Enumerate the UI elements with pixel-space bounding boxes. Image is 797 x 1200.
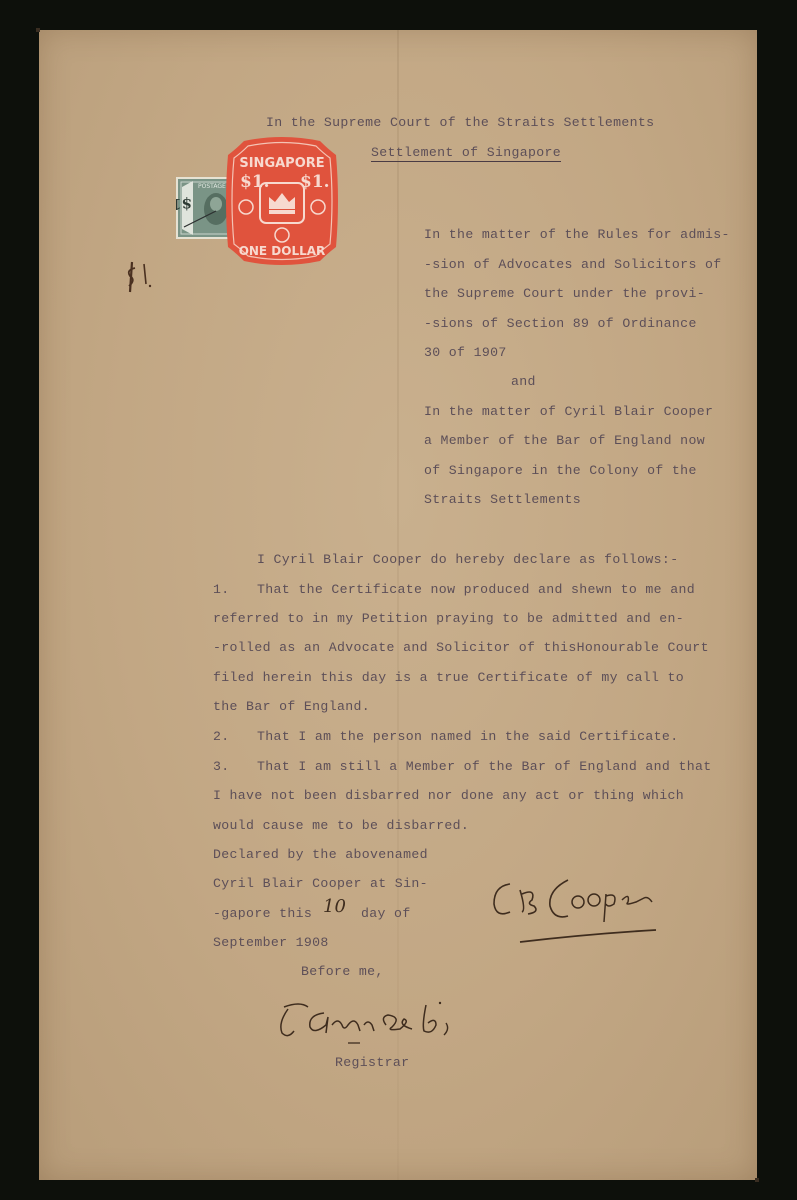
matter-conjunction: and [511,374,536,390]
item1-line: -rolled as an Advocate and Solicitor of … [213,640,709,656]
matter-line: of Singapore in the Colony of the [424,463,697,479]
revenue-stamp: SINGAPORE $1. $1. ONE DOLLAR [222,135,342,267]
item3-line: would cause me to be disbarred. [213,818,469,834]
jurat-date-prefix: -gapore this [213,906,312,922]
item-number: 2. [213,729,230,745]
corner-mark [36,28,40,32]
matter-line: -sion of Advocates and Solicitors of [424,257,722,273]
item1-line: That the Certificate now produced and sh… [257,582,695,598]
matter-line: a Member of the Bar of England now [424,433,705,449]
svg-text:$1.: $1. [240,172,270,192]
court-heading: In the Supreme Court of the Straits Sett… [266,115,654,131]
matter-line: In the matter of the Rules for admis- [424,227,730,243]
item2-text: That I am the person named in the said C… [257,729,678,745]
item3-line: I have not been disbarred nor done any a… [213,788,684,804]
corner-mark [755,1178,759,1182]
item1-line: filed herein this day is a true Certific… [213,670,684,686]
jurat-date-suffix: day of [361,906,411,922]
registrar-signature [274,995,494,1050]
settlement-heading: Settlement of Singapore [371,145,561,162]
matter-line: Straits Settlements [424,492,581,508]
jurat-line: Declared by the abovenamed [213,847,428,863]
registrar-title: Registrar [335,1055,409,1071]
matter-line: -sions of Section 89 of Ordinance [424,316,697,332]
revenue-top-text: SINGAPORE [239,156,324,171]
jurat-line: Cyril Blair Cooper at Sin- [213,876,428,892]
matter-line: In the matter of Cyril Blair Cooper [424,404,713,420]
item1-line: the Bar of England. [213,699,370,715]
revenue-bottom-text: ONE DOLLAR [239,244,326,258]
jurat-month-year: September 1908 [213,935,329,951]
matter-line: the Supreme Court under the provi- [424,286,705,302]
before-me: Before me, [301,964,384,980]
item1-line: referred to in my Petition praying to be… [213,611,684,627]
matter-line: 30 of 1907 [424,345,507,361]
handwritten-day: 10 [323,896,346,917]
margin-note-handwritten [124,258,154,299]
declaration-intro: I Cyril Blair Cooper do hereby declare a… [257,552,678,568]
item-number: 1. [213,582,230,598]
item-number: 3. [213,759,230,775]
postage-value: $1 [176,195,192,213]
declarant-signature [488,872,698,957]
item3-line: That I am still a Member of the Bar of E… [257,759,712,775]
